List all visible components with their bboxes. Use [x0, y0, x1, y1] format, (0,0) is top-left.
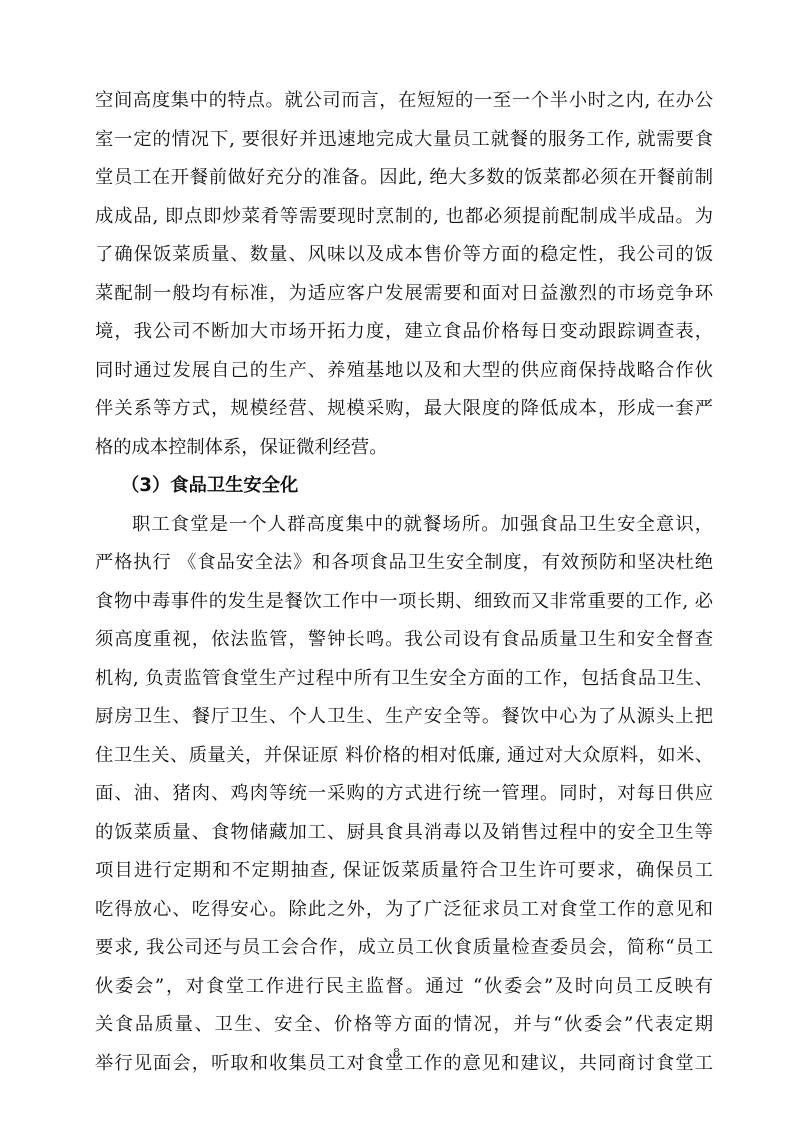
body-text-line: 面、油、猪肉、鸡肉等统一采购的方式进行统一管理。同时，对每日供应	[95, 775, 713, 813]
body-text-line: 严格执行 《食品安全法》和各项食品卫生安全制度，有效预防和坚决杜绝	[95, 544, 713, 582]
body-text-line: 成成品, 即点即炒菜肴等需要现时烹制的, 也都必须提前配制成半成品。为	[95, 198, 713, 236]
body-text-line: 的饭菜质量、食物储藏加工、厨具食具消毒以及销售过程中的安全卫生等	[95, 814, 713, 852]
body-text-line: 室一定的情况下, 要很好并迅速地完成大量员工就餐的服务工作, 就需要食	[95, 121, 713, 159]
body-text-line: 厨房卫生、餐厅卫生、个人卫生、生产安全等。餐饮中心为了从源头上把	[95, 698, 713, 736]
body-text-line: 空间高度集中的特点。就公司而言，在短短的一至一个半小时之内, 在办公	[95, 82, 713, 120]
page-number: 8	[0, 1046, 793, 1059]
body-text-line: 食物中毒事件的发生是餐饮工作中一项长期、细致而又非常重要的工作, 必	[95, 583, 713, 621]
body-text-line: 格的成本控制体系，保证微利经营。	[95, 429, 713, 467]
body-text-line: 职工食堂是一个人群高度集中的就餐场所。加强食品卫生安全意识，	[132, 506, 713, 544]
body-text-line: 境，我公司不断加大市场开拓力度，建立食品价格每日变动跟踪调查表，	[95, 313, 713, 351]
body-text-line: 关食品质量、卫生、安全、价格等方面的情况，并与“伙委会”代表定期	[95, 1006, 713, 1044]
body-text-line: 同时通过发展自己的生产、养殖基地以及和大型的供应商保持战略合作伙	[95, 352, 713, 390]
body-text-line: 伙委会”，对食堂工作进行民主监督。通过 “伙委会”及时向员工反映有	[95, 968, 713, 1006]
section-heading: （3）食品卫生安全化	[121, 467, 298, 505]
body-text-line: 机构, 负责监管食堂生产过程中所有卫生安全方面的工作，包括食品卫生、	[95, 660, 713, 698]
body-text-line: 项目进行定期和不定期抽查, 保证饭菜质量符合卫生许可要求，确保员工	[95, 852, 713, 890]
body-text-line: 吃得放心、吃得安心。除此之外，为了广泛征求员工对食堂工作的意见和	[95, 891, 713, 929]
document-page: 空间高度集中的特点。就公司而言，在短短的一至一个半小时之内, 在办公 室一定的情…	[0, 0, 793, 1122]
body-text-line: 了确保饭菜质量、数量、风味以及成本售价等方面的稳定性，我公司的饭	[95, 236, 713, 274]
body-text-line: 堂员工在开餐前做好充分的准备。因此, 绝大多数的饭菜都必须在开餐前制	[95, 159, 713, 197]
body-text-line: 伴关系等方式，规模经营、规模采购，最大限度的降低成本，形成一套严	[95, 390, 713, 428]
body-text-line: 菜配制一般均有标准，为适应客户发展需要和面对日益激烈的市场竞争环	[95, 275, 713, 313]
body-text-line: 住卫生关、质量关，并保证原 料价格的相对低廉, 通过对大众原料，如米、	[95, 737, 713, 775]
body-text-line: 须高度重视，依法监管，警钟长鸣。我公司设有食品质量卫生和安全督查	[95, 621, 713, 659]
body-text-line: 要求, 我公司还与员工会合作，成立员工伙食质量检查委员会，简称“员工	[95, 929, 713, 967]
